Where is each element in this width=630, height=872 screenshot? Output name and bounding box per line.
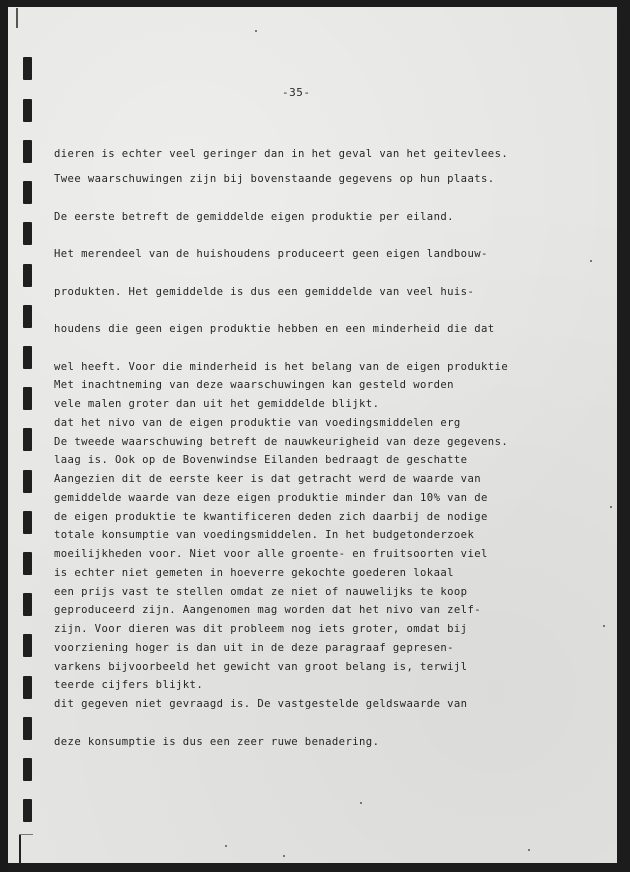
text-line: teerde cijfers blijkt. <box>54 679 488 692</box>
binding-hole <box>23 428 32 451</box>
binding-hole <box>23 181 32 204</box>
binding-hole <box>23 264 32 287</box>
binding-hole <box>23 387 32 410</box>
text-line: dat het nivo van de eigen produktie van … <box>54 417 488 430</box>
binding-hole <box>23 634 32 657</box>
scan-corner-mark <box>19 834 33 835</box>
scan-speck <box>225 845 227 847</box>
text-line: Het merendeel van de huishoudens produce… <box>54 248 508 261</box>
scan-speck <box>360 802 362 804</box>
scan-speck <box>603 625 605 627</box>
scan-speck <box>528 849 530 851</box>
binding-hole <box>23 511 32 534</box>
binding-hole <box>23 305 32 328</box>
scan-speck <box>610 506 612 508</box>
binding-hole <box>23 140 32 163</box>
scan-corner-mark <box>16 8 18 28</box>
binding-hole <box>23 758 32 781</box>
binding-hole <box>23 222 32 245</box>
text-line: gemiddelde waarde van deze eigen produkt… <box>54 492 488 505</box>
text-line: is echter niet gemeten in hoeverre gekoc… <box>54 567 488 580</box>
text-line: produkten. Het gemiddelde is dus een gem… <box>54 286 508 299</box>
scan-corner-mark <box>19 834 21 864</box>
text-line: deze konsumptie is dus een zeer ruwe ben… <box>54 736 508 749</box>
page-number: -35- <box>282 86 311 99</box>
binding-hole <box>23 552 32 575</box>
binding-hole <box>23 99 32 122</box>
binding-hole <box>23 57 32 80</box>
text-line: Met inachtneming van deze waarschuwingen… <box>54 379 488 392</box>
text-line: Twee waarschuwingen zijn bij bovenstaand… <box>54 173 508 186</box>
scan-speck <box>255 30 257 32</box>
text-line: voorziening hoger is dan uit in de deze … <box>54 642 488 655</box>
scan-speck <box>590 260 592 262</box>
text-line: geproduceerd zijn. Aangenomen mag worden… <box>54 604 488 617</box>
binding-hole <box>23 470 32 493</box>
scan-edge-shadow <box>0 0 8 872</box>
paragraph: Met inachtneming van deze waarschuwingen… <box>54 354 488 704</box>
text-line: laag is. Ook op de Bovenwindse Eilanden … <box>54 454 488 467</box>
binding-hole <box>23 346 32 369</box>
text-line: totale konsumptie van voedingsmiddelen. … <box>54 529 488 542</box>
binding-hole <box>23 717 32 740</box>
binding-hole <box>23 799 32 822</box>
text-line: De eerste betreft de gemiddelde eigen pr… <box>54 211 508 224</box>
binding-hole <box>23 676 32 699</box>
text-line: houdens die geen eigen produktie hebben … <box>54 323 508 336</box>
scan-speck <box>283 855 285 857</box>
binding-hole <box>23 593 32 616</box>
